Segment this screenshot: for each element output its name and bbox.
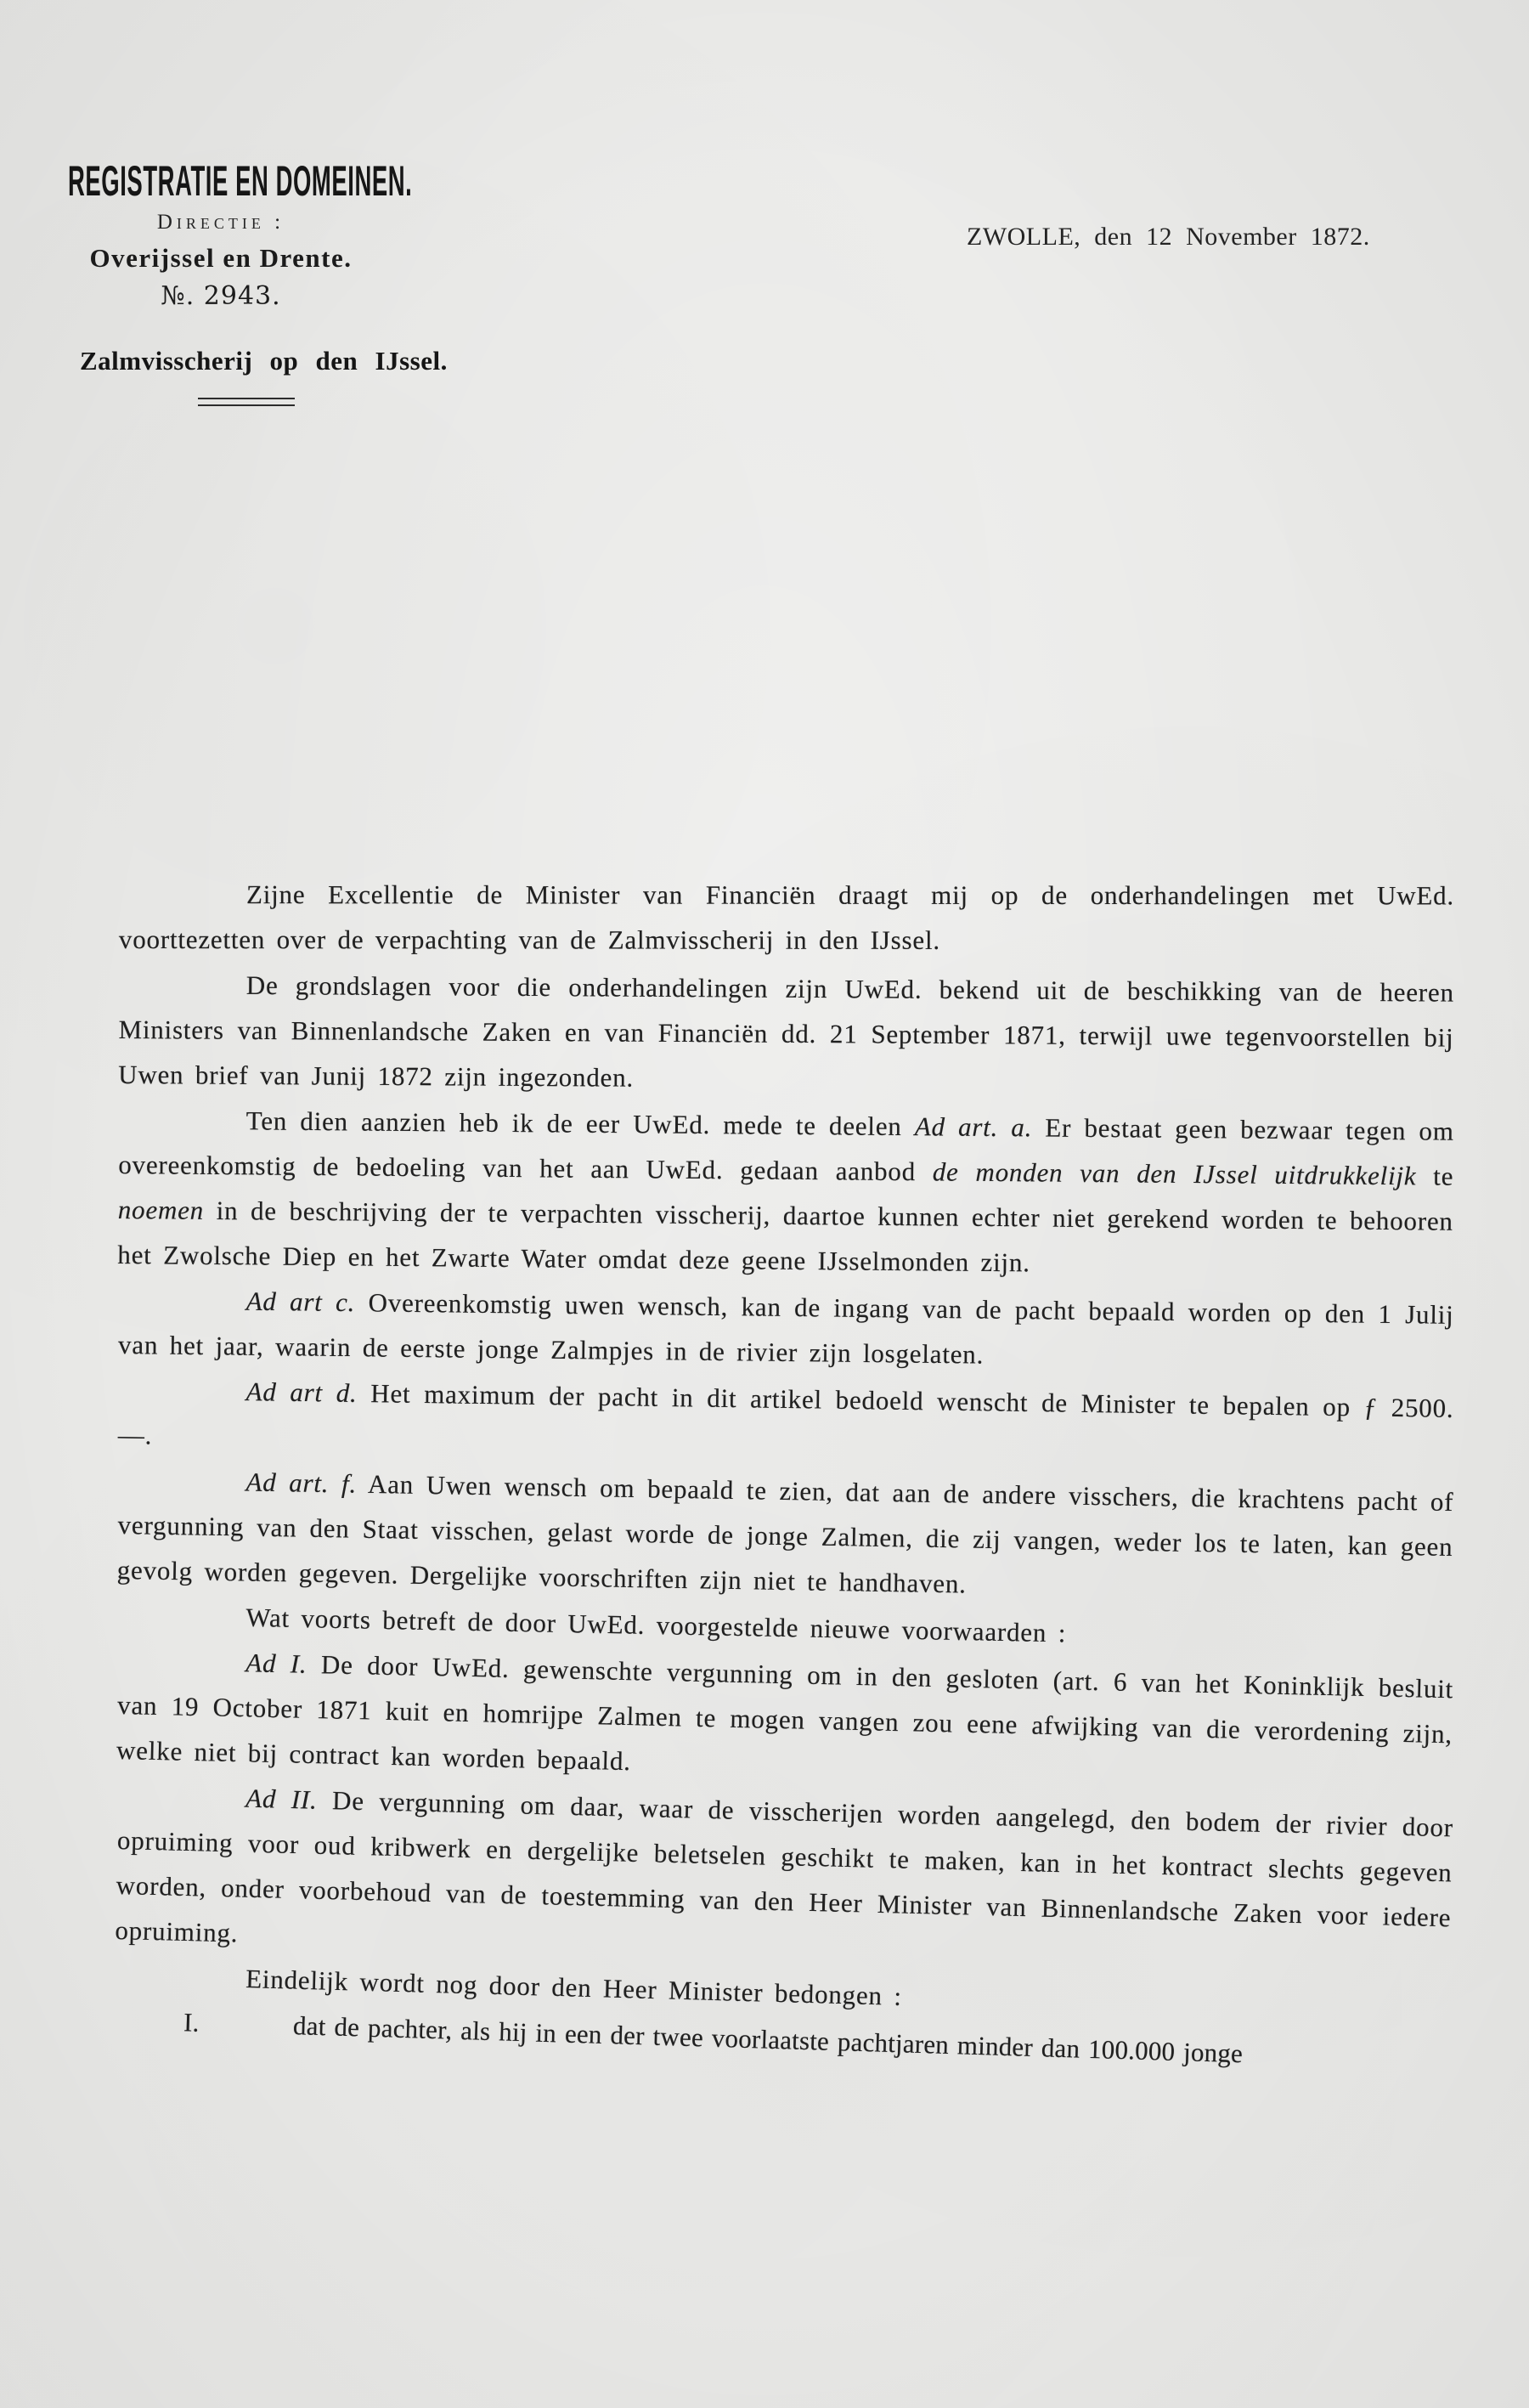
text-run: Zijne Excellentie de Minister van Financ…	[119, 879, 1454, 955]
department-title: REGISTRATIE EN DOMEINEN.	[68, 160, 412, 202]
emphasized-text: noemen	[118, 1195, 205, 1225]
text-run: Ten dien aanzien heb ik de eer UwEd. med…	[246, 1105, 915, 1141]
paragraph: Ad II. De vergunning om daar, waar de vi…	[115, 1772, 1454, 1985]
emphasized-text: Ad art c.	[245, 1286, 355, 1317]
paragraph: Ad art d. Het maximum der pacht in dit a…	[118, 1367, 1454, 1476]
emphasized-text: Ad art. f.	[245, 1467, 357, 1498]
text-run: te	[1416, 1161, 1453, 1190]
text-run: in de beschrijving der te verpachten vis…	[117, 1196, 1453, 1277]
subject-line: Zalmvisscherij op den IJssel.	[80, 346, 448, 376]
number-value: 2943.	[204, 281, 281, 311]
divider-rule	[198, 398, 295, 406]
list-marker: I.	[183, 1999, 200, 2045]
emphasized-text: Ad art. a.	[915, 1111, 1033, 1142]
emphasized-text: Ad art d.	[245, 1376, 357, 1408]
paragraph: Ad art c. Overeenkomstig uwen wensch, ka…	[118, 1277, 1454, 1382]
directie-label: Directie :	[34, 211, 408, 235]
dateline: ZWOLLE, den 12 November 1872.	[967, 223, 1370, 252]
letter-body: Zijne Excellentie de Minister van Financ…	[119, 872, 1454, 2043]
emphasized-text: Ad I.	[245, 1648, 307, 1679]
emphasized-text: Ad II.	[245, 1783, 318, 1815]
text-run: Wat voorts betreft de door UwEd. voorges…	[245, 1603, 1066, 1648]
text-run: De door UwEd. gewenschte vergunning om i…	[116, 1649, 1454, 1776]
paragraph: Ten dien aanzien heb ik de eer UwEd. med…	[117, 1097, 1454, 1289]
text-run: De grondslagen voor die onderhandelingen…	[118, 970, 1454, 1093]
paragraph: Zijne Excellentie de Minister van Financ…	[119, 872, 1454, 963]
document-page: REGISTRATIE EN DOMEINEN. Directie : Over…	[0, 0, 1529, 2408]
number-label: №.	[161, 281, 195, 311]
directie-value: Overijssel en Drente.	[34, 243, 408, 274]
paragraph: De grondslagen voor die onderhandelingen…	[118, 962, 1454, 1105]
document-number: №. 2943.	[34, 281, 408, 311]
emphasized-text: de monden van den IJssel uitdrukkelijk	[933, 1156, 1417, 1190]
paper: { "colors": { "paper": "#e9e9e7", "ink":…	[0, 0, 1529, 2408]
paragraph: Ad art. f. Aan Uwen wensch om bepaald te…	[116, 1457, 1453, 1614]
